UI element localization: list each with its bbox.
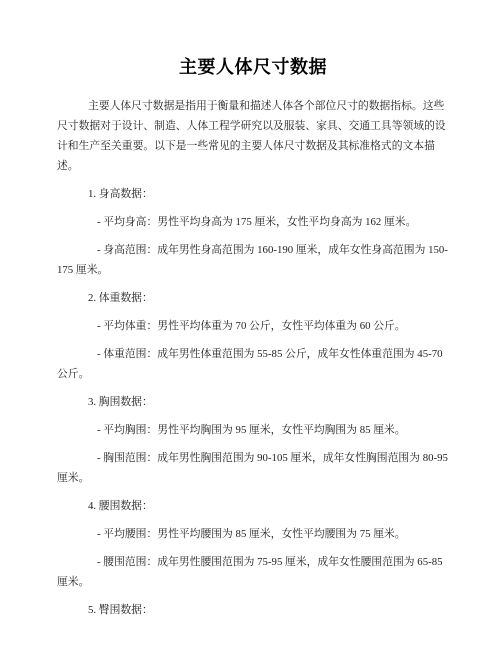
document-title: 主要人体尺寸数据 [57,55,449,79]
section-3-heading: 3. 胸围数据： [57,392,449,412]
section-1-heading: 1. 身高数据： [57,184,449,204]
section-2-item-range: - 体重范围：成年男性体重范围为 55-85 公斤，成年女性体重范围为 45-7… [57,344,449,384]
section-3-item-range: - 胸围范围：成年男性胸围范围为 90-105 厘米，成年女性胸围范围为 80-… [57,448,449,488]
section-4-heading: 4. 腰围数据： [57,496,449,516]
section-5-heading: 5. 臀围数据： [57,600,449,620]
intro-paragraph: 主要人体尺寸数据是指用于衡量和描述人体各个部位尺寸的数据指标。这些尺寸数据对于设… [57,96,449,176]
section-1-item-average: - 平均身高：男性平均身高为 175 厘米，女性平均身高为 162 厘米。 [57,212,449,232]
section-1-item-range: - 身高范围：成年男性身高范围为 160-190 厘米，成年女性身高范围为 15… [57,240,449,280]
section-2-item-average: - 平均体重：男性平均体重为 70 公斤，女性平均体重为 60 公斤。 [57,316,449,336]
section-4-item-average: - 平均腰围：男性平均腰围为 85 厘米，女性平均腰围为 75 厘米。 [57,524,449,544]
section-2-heading: 2. 体重数据： [57,288,449,308]
section-3-item-average: - 平均胸围：男性平均胸围为 95 厘米，女性平均胸围为 85 厘米。 [57,420,449,440]
section-4-item-range: - 腰围范围：成年男性腰围范围为 75-95 厘米，成年女性腰围范围为 65-8… [57,552,449,592]
document-page: 主要人体尺寸数据 主要人体尺寸数据是指用于衡量和描述人体各个部位尺寸的数据指标。… [0,0,502,649]
